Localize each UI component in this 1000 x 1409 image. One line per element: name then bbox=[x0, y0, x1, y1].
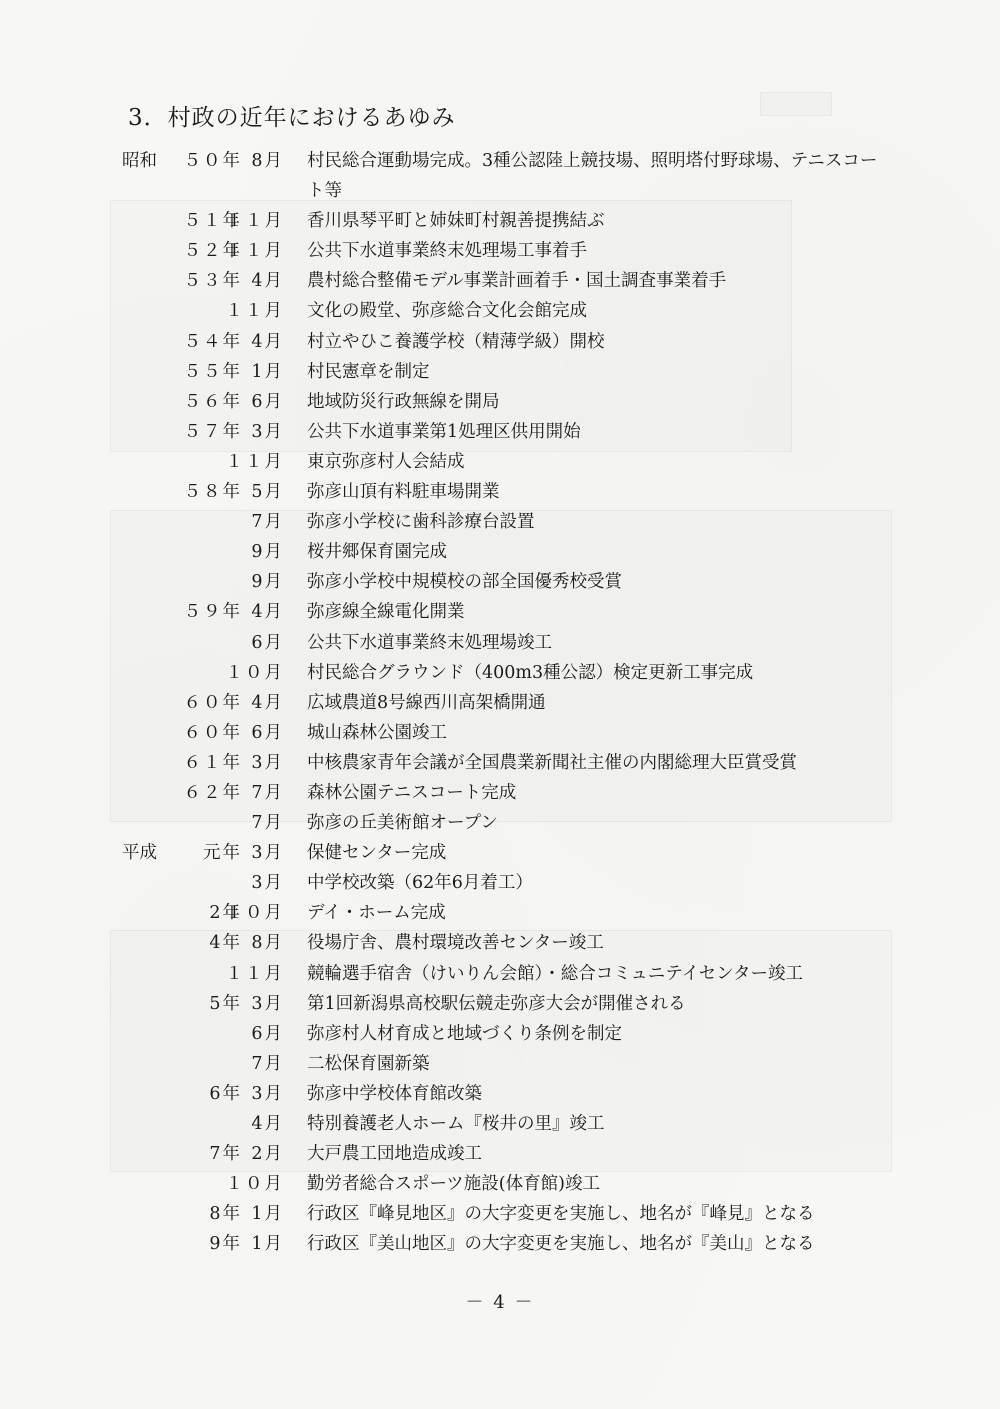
timeline-event: 地域防災行政無線を開局 bbox=[307, 387, 892, 417]
timeline-row: ５３年4月農村総合整備モデル事業計画着手・国土調査事業着手 bbox=[0, 266, 1000, 296]
timeline-row: 6月弥彦村人材育成と地域づくり条例を制定 bbox=[0, 1019, 1000, 1049]
timeline-row: 6年3月弥彦中学校体育館改築 bbox=[0, 1079, 1000, 1109]
timeline-month: 6月 bbox=[251, 628, 284, 658]
page-number: － 4 － bbox=[0, 1288, 1000, 1314]
timeline-row: ５６年6月地域防災行政無線を開局 bbox=[0, 387, 1000, 417]
timeline-event: 行政区『峰見地区』の大字変更を実施し、地名が『峰見』となる bbox=[307, 1199, 892, 1229]
timeline-event: 森林公園テニスコート完成 bbox=[307, 778, 892, 808]
timeline-event: 保健センター完成 bbox=[307, 838, 892, 868]
timeline-event: 広域農道8号線西川高架橋開通 bbox=[307, 688, 892, 718]
timeline-event: 弥彦山頂有料駐車場開業 bbox=[307, 477, 892, 507]
timeline-row: ５４年4月村立やひこ養護学校（精薄学級）開校 bbox=[0, 327, 1000, 357]
timeline-row: ６０年6月城山森林公園竣工 bbox=[0, 718, 1000, 748]
timeline-year: 8年 bbox=[209, 1199, 242, 1229]
timeline-event: 城山森林公園竣工 bbox=[307, 718, 892, 748]
timeline-row: 2年１０月デイ・ホーム完成 bbox=[0, 898, 1000, 928]
timeline-event: 香川県琴平町と姉妹町村親善提携結ぶ bbox=[307, 206, 892, 236]
timeline-year: ６１年 bbox=[184, 748, 243, 778]
timeline-event: 桜井郷保育園完成 bbox=[307, 537, 892, 567]
timeline-row: 4月特別養護老人ホーム『桜井の里』竣工 bbox=[0, 1109, 1000, 1139]
timeline-row: 9月弥彦小学校中規模校の部全国優秀校受賞 bbox=[0, 567, 1000, 597]
timeline-row: 4年8月役場庁舎、農村環境改善センター竣工 bbox=[0, 928, 1000, 958]
timeline-event: 弥彦線全線電化開業 bbox=[307, 597, 892, 627]
timeline-month: 6月 bbox=[251, 718, 284, 748]
timeline-row: 3月中学校改築（62年6月着工） bbox=[0, 868, 1000, 898]
timeline-event: 競輪選手宿舎（けいりん会館）・総合コミュニテイセンター竣工 bbox=[307, 959, 892, 989]
timeline-event: 弥彦中学校体育館改築 bbox=[307, 1079, 892, 1109]
timeline-row: ５９年4月弥彦線全線電化開業 bbox=[0, 597, 1000, 627]
document-page: 3．村政の近年におけるあゆみ 昭和５０年8月村民総合運動場完成。3種公認陸上競技… bbox=[0, 0, 1000, 1409]
timeline-year: ６２年 bbox=[184, 778, 243, 808]
timeline-row: 7月弥彦小学校に歯科診療台設置 bbox=[0, 507, 1000, 537]
timeline-year: 5年 bbox=[209, 989, 242, 1019]
timeline-month: 4月 bbox=[251, 1109, 284, 1139]
timeline-era: 昭和 bbox=[122, 146, 172, 176]
timeline-year: ５３年 bbox=[184, 266, 243, 296]
timeline-event: 勤労者総合スポーツ施設(体育館)竣工 bbox=[307, 1169, 892, 1199]
timeline-year: 4年 bbox=[209, 928, 242, 958]
timeline-row: ６１年3月中核農家青年会議が全国農業新聞社主催の内閣総理大臣賞受賞 bbox=[0, 748, 1000, 778]
timeline-row: 7月二松保育園新築 bbox=[0, 1049, 1000, 1079]
timeline-row: ５５年1月村民憲章を制定 bbox=[0, 357, 1000, 387]
timeline-month: 9月 bbox=[251, 567, 284, 597]
timeline-year: ５４年 bbox=[184, 327, 243, 357]
timeline-event: 公共下水道事業終末処理場竣工 bbox=[307, 628, 892, 658]
timeline-month: 1月 bbox=[251, 1229, 284, 1259]
timeline-row: 9年1月行政区『美山地区』の大字変更を実施し、地名が『美山』となる bbox=[0, 1229, 1000, 1259]
timeline-event: 村民総合グラウンド（400m3種公認）検定更新工事完成 bbox=[307, 658, 892, 688]
timeline-month: １１月 bbox=[226, 296, 285, 326]
timeline-month: １１月 bbox=[226, 206, 285, 236]
timeline-month: １０月 bbox=[226, 898, 285, 928]
timeline-row: １１月競輪選手宿舎（けいりん会館）・総合コミュニテイセンター竣工 bbox=[0, 959, 1000, 989]
timeline-row: １０月村民総合グラウンド（400m3種公認）検定更新工事完成 bbox=[0, 658, 1000, 688]
timeline-month: 3月 bbox=[251, 989, 284, 1019]
timeline-event: 農村総合整備モデル事業計画着手・国土調査事業着手 bbox=[307, 266, 892, 296]
timeline-row: 昭和５０年8月村民総合運動場完成。3種公認陸上競技場、照明塔付野球場、テニスコー… bbox=[0, 146, 1000, 206]
timeline-month: 1月 bbox=[251, 1199, 284, 1229]
timeline-era: 平成 bbox=[122, 838, 172, 868]
timeline-year: ５８年 bbox=[184, 477, 243, 507]
timeline-event: 中学校改築（62年6月着工） bbox=[307, 868, 892, 898]
timeline-row: 9月桜井郷保育園完成 bbox=[0, 537, 1000, 567]
timeline-month: １１月 bbox=[226, 236, 285, 266]
timeline-event: デイ・ホーム完成 bbox=[307, 898, 892, 928]
timeline-row: ５８年5月弥彦山頂有料駐車場開業 bbox=[0, 477, 1000, 507]
timeline-event: 文化の殿堂、弥彦総合文化会館完成 bbox=[307, 296, 892, 326]
timeline-event: 村民総合運動場完成。3種公認陸上競技場、照明塔付野球場、テニスコート等 bbox=[307, 146, 892, 206]
timeline-month: １０月 bbox=[226, 658, 285, 688]
timeline-month: 9月 bbox=[251, 537, 284, 567]
timeline-event: 弥彦小学校に歯科診療台設置 bbox=[307, 507, 892, 537]
timeline-year: ５７年 bbox=[184, 417, 243, 447]
timeline-row: ５２年１１月公共下水道事業終末処理場工事着手 bbox=[0, 236, 1000, 266]
show-through-mark bbox=[760, 92, 832, 116]
timeline-event: 公共下水道事業第1処理区供用開始 bbox=[307, 417, 892, 447]
timeline-event: 大戸農工団地造成竣工 bbox=[307, 1139, 892, 1169]
timeline-month: １１月 bbox=[226, 959, 285, 989]
timeline-row: 5年3月第1回新潟県高校駅伝競走弥彦大会が開催される bbox=[0, 989, 1000, 1019]
timeline-event: 弥彦小学校中規模校の部全国優秀校受賞 bbox=[307, 567, 892, 597]
timeline-event: 二松保育園新築 bbox=[307, 1049, 892, 1079]
timeline-month: 8月 bbox=[251, 928, 284, 958]
timeline-month: 3月 bbox=[251, 868, 284, 898]
timeline-year: ５６年 bbox=[184, 387, 243, 417]
timeline-row: ６２年7月森林公園テニスコート完成 bbox=[0, 778, 1000, 808]
timeline-month: 6月 bbox=[251, 387, 284, 417]
timeline-month: 6月 bbox=[251, 1019, 284, 1049]
timeline-month: 7月 bbox=[251, 1049, 284, 1079]
timeline-event: 村立やひこ養護学校（精薄学級）開校 bbox=[307, 327, 892, 357]
timeline-year: 元年 bbox=[203, 838, 242, 868]
timeline-event: 第1回新潟県高校駅伝競走弥彦大会が開催される bbox=[307, 989, 892, 1019]
timeline-year: ５０年 bbox=[184, 146, 243, 176]
timeline-year: 7年 bbox=[209, 1139, 242, 1169]
timeline-row: １１月東京弥彦村人会結成 bbox=[0, 447, 1000, 477]
timeline-row: 6月公共下水道事業終末処理場竣工 bbox=[0, 628, 1000, 658]
timeline-row: 7月弥彦の丘美術館オープン bbox=[0, 808, 1000, 838]
timeline-month: 4月 bbox=[251, 688, 284, 718]
timeline-event: 東京弥彦村人会結成 bbox=[307, 447, 892, 477]
timeline-year: ６０年 bbox=[184, 718, 243, 748]
timeline-month: 8月 bbox=[251, 146, 284, 176]
timeline-row: 7年2月大戸農工団地造成竣工 bbox=[0, 1139, 1000, 1169]
timeline-month: 3月 bbox=[251, 1079, 284, 1109]
timeline-event: 中核農家青年会議が全国農業新聞社主催の内閣総理大臣賞受賞 bbox=[307, 748, 892, 778]
timeline-row: １１月文化の殿堂、弥彦総合文化会館完成 bbox=[0, 296, 1000, 326]
timeline-event: 役場庁舎、農村環境改善センター竣工 bbox=[307, 928, 892, 958]
timeline-month: 3月 bbox=[251, 748, 284, 778]
timeline-month: 7月 bbox=[251, 808, 284, 838]
timeline-month: 7月 bbox=[251, 507, 284, 537]
timeline-list: 昭和５０年8月村民総合運動場完成。3種公認陸上競技場、照明塔付野球場、テニスコー… bbox=[0, 146, 1000, 1259]
timeline-month: 3月 bbox=[251, 417, 284, 447]
timeline-event: 弥彦の丘美術館オープン bbox=[307, 808, 892, 838]
timeline-month: 4月 bbox=[251, 597, 284, 627]
timeline-event: 公共下水道事業終末処理場工事着手 bbox=[307, 236, 892, 266]
timeline-event: 行政区『美山地区』の大字変更を実施し、地名が『美山』となる bbox=[307, 1229, 892, 1259]
timeline-month: 3月 bbox=[251, 838, 284, 868]
timeline-month: 5月 bbox=[251, 477, 284, 507]
timeline-month: 4月 bbox=[251, 327, 284, 357]
timeline-year: ５５年 bbox=[184, 357, 243, 387]
timeline-event: 特別養護老人ホーム『桜井の里』竣工 bbox=[307, 1109, 892, 1139]
timeline-row: １０月勤労者総合スポーツ施設(体育館)竣工 bbox=[0, 1169, 1000, 1199]
timeline-row: 平成元年3月保健センター完成 bbox=[0, 838, 1000, 868]
timeline-row: ６０年4月広域農道8号線西川高架橋開通 bbox=[0, 688, 1000, 718]
timeline-year: 9年 bbox=[209, 1229, 242, 1259]
timeline-year: ６０年 bbox=[184, 688, 243, 718]
timeline-month: １０月 bbox=[226, 1169, 285, 1199]
timeline-row: 8年1月行政区『峰見地区』の大字変更を実施し、地名が『峰見』となる bbox=[0, 1199, 1000, 1229]
timeline-year: 6年 bbox=[209, 1079, 242, 1109]
timeline-event: 村民憲章を制定 bbox=[307, 357, 892, 387]
timeline-month: 1月 bbox=[251, 357, 284, 387]
timeline-event: 弥彦村人材育成と地域づくり条例を制定 bbox=[307, 1019, 892, 1049]
timeline-row: ５７年3月公共下水道事業第1処理区供用開始 bbox=[0, 417, 1000, 447]
timeline-year: ５９年 bbox=[184, 597, 243, 627]
timeline-month: 4月 bbox=[251, 266, 284, 296]
timeline-month: 2月 bbox=[251, 1139, 284, 1169]
section-title: 3．村政の近年におけるあゆみ bbox=[128, 99, 456, 132]
timeline-month: 7月 bbox=[251, 778, 284, 808]
timeline-month: １１月 bbox=[226, 447, 285, 477]
timeline-row: ５１年１１月香川県琴平町と姉妹町村親善提携結ぶ bbox=[0, 206, 1000, 236]
